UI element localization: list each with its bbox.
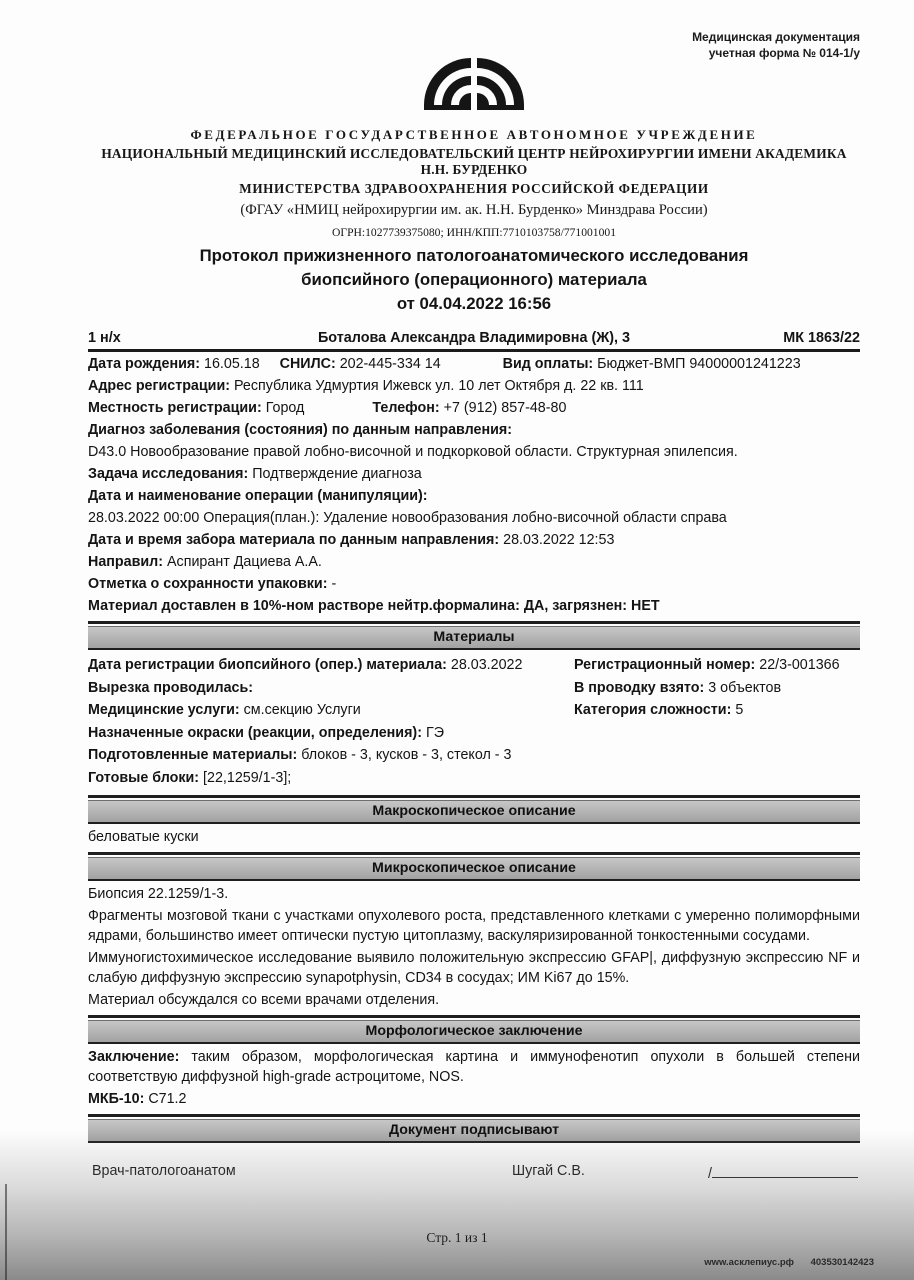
prepared-value: блоков - 3, кусков - 3, стекол - 3	[301, 747, 511, 763]
materials-left-column: Дата регистрации биопсийного (опер.) мат…	[88, 653, 568, 791]
icd-row: МКБ-10: C71.2	[88, 1089, 860, 1109]
excision-label: Вырезка проводилась:	[88, 680, 253, 696]
org-line-3: МИНИСТЕРСТВА ЗДРАВООХРАНЕНИЯ РОССИЙСКОЙ …	[88, 181, 860, 197]
document-content: ФЕДЕРАЛЬНОЕ ГОСУДАРСТВЕННОЕ АВТОНОМНОЕ У…	[0, 0, 914, 1193]
prepared-row: Подготовленные материалы: блоков - 3, ку…	[88, 745, 568, 765]
signer-name: Шугай С.В.	[512, 1163, 585, 1179]
materials-banner-title: Материалы	[88, 626, 860, 650]
diagnosis-label: Диагноз заболевания (состояния) по данны…	[88, 422, 512, 438]
stains-row: Назначенные окраски (реакции, определени…	[88, 723, 568, 743]
objects-value: 3 объектов	[708, 680, 781, 696]
task-value: Подтверждение диагноза	[252, 466, 422, 482]
objects-row: В проводку взято: 3 объектов	[574, 678, 860, 698]
field-row-packaging: Отметка о сохранности упаковки: -	[88, 574, 860, 594]
reg-number-value: 22/3-001366	[759, 657, 839, 673]
icd-label: МКБ-10:	[88, 1091, 144, 1107]
complexity-label: Категория сложности:	[574, 702, 731, 718]
conclusion-label: Заключение:	[88, 1049, 179, 1065]
payment-label: Вид оплаты:	[503, 356, 594, 372]
materials-section: Дата регистрации биопсийного (опер.) мат…	[88, 653, 860, 791]
field-row-referrer: Направил: Аспирант Дациева А.А.	[88, 552, 860, 572]
org-line-2: НАЦИОНАЛЬНЫЙ МЕДИЦИНСКИЙ ИССЛЕДОВАТЕЛЬСК…	[88, 146, 860, 178]
signing-banner-title: Документ подписывают	[88, 1119, 860, 1143]
section-banner-micro: Микроскопическое описание	[88, 852, 860, 881]
conclusion-text: таким образом, морфологическая картина и…	[88, 1049, 860, 1085]
address-value: Республика Удмуртия Ижевск ул. 10 лет Ок…	[234, 378, 644, 394]
title-date-line: от 04.04.2022 16:56	[88, 292, 860, 316]
dob-value: 16.05.18	[204, 356, 260, 372]
micro-banner-title: Микроскопическое описание	[88, 857, 860, 881]
stains-label: Назначенные окраски (реакции, определени…	[88, 725, 422, 741]
conclusion-text-row: Заключение: таким образом, морфологическ…	[88, 1047, 860, 1087]
org-line-1: ФЕДЕРАЛЬНОЕ ГОСУДАРСТВЕННОЕ АВТОНОМНОЕ У…	[88, 127, 860, 143]
field-row-birth: Дата рождения: 16.05.18 СНИЛС: 202-445-3…	[88, 354, 860, 374]
document-title: Протокол прижизненного патологоанатомиче…	[88, 244, 860, 316]
patient-strip: 1 н/х Боталова Александра Владимировна (…	[88, 330, 860, 352]
footer-code: 403530142423	[811, 1257, 874, 1268]
conclusion-banner-title: Морфологическое заключение	[88, 1020, 860, 1044]
section-banner-signing: Документ подписывают	[88, 1114, 860, 1143]
signature-line	[712, 1163, 858, 1178]
burdenko-brain-logo-icon	[422, 56, 526, 116]
reg-date-row: Дата регистрации биопсийного (опер.) мат…	[88, 655, 568, 675]
locality-label: Местность регистрации:	[88, 400, 262, 416]
blocks-row: Готовые блоки: [22,1259/1-3];	[88, 768, 568, 788]
field-row-sampling: Дата и время забора материала по данным …	[88, 530, 860, 550]
task-label: Задача исследования:	[88, 466, 248, 482]
diagnosis-label-row: Диагноз заболевания (состояния) по данны…	[88, 420, 860, 440]
field-row-address: Адрес регистрации: Республика Удмуртия И…	[88, 376, 860, 396]
diagnosis-value: D43.0 Новообразование правой лобно-височ…	[88, 444, 738, 460]
snils-value: 202-445-334 14	[340, 356, 441, 372]
sampling-label: Дата и время забора материала по данным …	[88, 532, 499, 548]
field-row-locality: Местность регистрации: Город Телефон: +7…	[88, 398, 860, 418]
organization-header: ФЕДЕРАЛЬНОЕ ГОСУДАРСТВЕННОЕ АВТОНОМНОЕ У…	[88, 127, 860, 219]
referrer-value: Аспирант Дациева А.А.	[167, 554, 322, 570]
operation-value: 28.03.2022 00:00 Операция(план.): Удален…	[88, 510, 727, 526]
packaging-value: -	[331, 576, 336, 592]
phone-value: +7 (912) 857-48-80	[444, 400, 567, 416]
page-number: Стр. 1 из 1	[426, 1230, 487, 1246]
reg-number-label: Регистрационный номер:	[574, 657, 755, 673]
blocks-label: Готовые блоки:	[88, 770, 199, 786]
services-value: см.секцию Услуги	[244, 702, 361, 718]
footer-watermark: www.асклепиус.рф 403530142423	[704, 1257, 874, 1268]
micro-paragraph-ihc: Иммуногистохимическое исследование выяви…	[88, 948, 860, 988]
field-row-task: Задача исследования: Подтверждение диагн…	[88, 464, 860, 484]
complexity-row: Категория сложности: 5	[574, 700, 860, 720]
scanned-document-page: Медицинская документация учетная форма №…	[0, 0, 914, 1280]
formalin-value: ДА, загрязнен: НЕТ	[524, 598, 660, 614]
icd-value: C71.2	[148, 1091, 186, 1107]
field-row-formalin: Материал доставлен в 10%-ном растворе не…	[88, 596, 860, 616]
operation-label: Дата и наименование операции (манипуляци…	[88, 488, 428, 504]
section-banner-conclusion: Морфологическое заключение	[88, 1015, 860, 1044]
footer-site-url: www.асклепиус.рф	[704, 1257, 794, 1268]
services-row: Медицинские услуги: см.секцию Услуги	[88, 700, 568, 720]
stains-value: ГЭ	[426, 725, 444, 741]
blocks-value: [22,1259/1-3];	[203, 770, 291, 786]
title-line-1: Протокол прижизненного патологоанатомиче…	[88, 244, 860, 268]
excision-row: Вырезка проводилась:	[88, 678, 568, 698]
operation-value-row: 28.03.2022 00:00 Операция(план.): Удален…	[88, 508, 860, 528]
packaging-label: Отметка о сохранности упаковки:	[88, 576, 327, 592]
micro-paragraph-discussion: Материал обсуждался со всеми врачами отд…	[88, 990, 860, 1010]
signature-row: Врач-патологоанатом Шугай С.В. /	[88, 1157, 860, 1193]
title-line-2: биопсийного (операционного) материала	[88, 268, 860, 292]
org-line-4: (ФГАУ «НМИЦ нейрохирургии им. ак. Н.Н. Б…	[88, 202, 860, 219]
reg-date-value: 28.03.2022	[451, 657, 523, 673]
macro-banner-title: Макроскопическое описание	[88, 800, 860, 824]
diagnosis-value-row: D43.0 Новообразование правой лобно-височ…	[88, 442, 860, 462]
phone-label: Телефон:	[372, 400, 439, 416]
sampling-value: 28.03.2022 12:53	[503, 532, 614, 548]
micro-biopsy-id: Биопсия 22.1259/1-3.	[88, 884, 860, 904]
objects-label: В проводку взято:	[574, 680, 704, 696]
reg-number-row: Регистрационный номер: 22/3-001366	[574, 655, 860, 675]
locality-value: Город	[266, 400, 305, 416]
medical-card-number: МК 1863/22	[750, 330, 860, 346]
services-label: Медицинские услуги:	[88, 702, 240, 718]
prepared-label: Подготовленные материалы:	[88, 747, 297, 763]
materials-right-column: Регистрационный номер: 22/3-001366 В про…	[574, 653, 860, 791]
ogrn-inn-line: ОГРН:1027739375080; ИНН/КПП:7710103758/7…	[88, 226, 860, 239]
section-banner-materials: Материалы	[88, 621, 860, 650]
signature-area: /	[708, 1163, 858, 1182]
formalin-label: Материал доставлен в 10%-ном растворе не…	[88, 598, 520, 614]
signer-role: Врач-патологоанатом	[92, 1163, 236, 1179]
logo-row	[88, 56, 860, 121]
case-number: 1 н/х	[88, 330, 198, 346]
payment-value: Бюджет-ВМП 94000001241223	[597, 356, 801, 372]
micro-paragraph-morphology: Фрагменты мозговой ткани с участками опу…	[88, 906, 860, 946]
scan-left-edge-artifact	[5, 1184, 7, 1280]
snils-label: СНИЛС:	[280, 356, 336, 372]
macro-description: беловатые куски	[88, 827, 860, 847]
referrer-label: Направил:	[88, 554, 163, 570]
patient-name: Боталова Александра Владимировна (Ж), 3	[198, 330, 750, 346]
complexity-value: 5	[735, 702, 743, 718]
dob-label: Дата рождения:	[88, 356, 200, 372]
address-label: Адрес регистрации:	[88, 378, 230, 394]
reg-date-label: Дата регистрации биопсийного (опер.) мат…	[88, 657, 447, 673]
operation-label-row: Дата и наименование операции (манипуляци…	[88, 486, 860, 506]
section-banner-macro: Макроскопическое описание	[88, 795, 860, 824]
